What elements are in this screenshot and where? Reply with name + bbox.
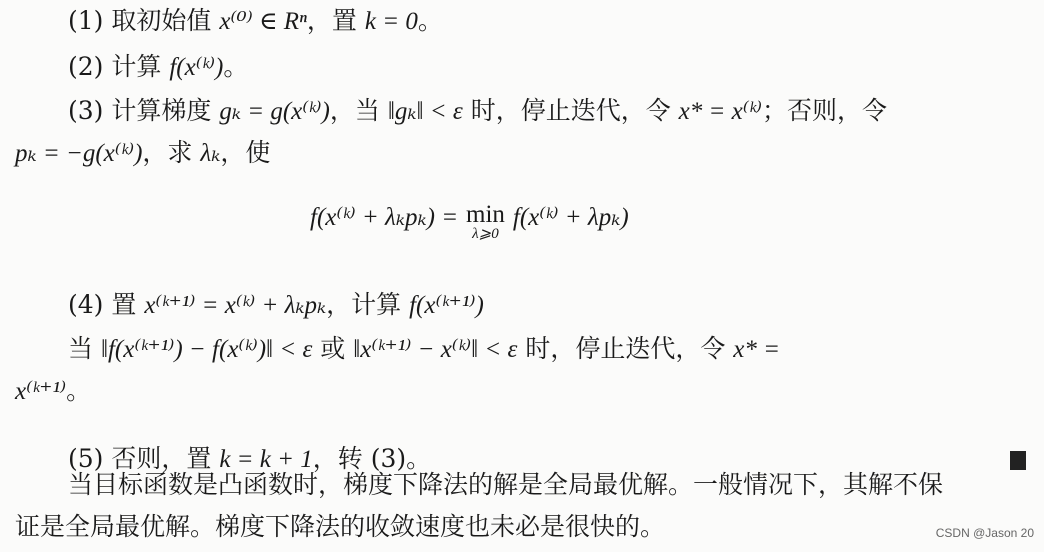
step-label: (5) 否则，置: [68, 444, 211, 473]
math-expr: ‖gₖ‖ < ε: [388, 98, 463, 125]
step-2: (2) 计算 f(x⁽ᵏ⁾)。: [68, 52, 248, 83]
text: 时，停止迭代，令: [471, 96, 671, 125]
step-4-cont: x⁽ᵏ⁺¹⁾。: [15, 376, 91, 407]
math-expr: ‖f(x⁽ᵏ⁺¹⁾) − f(x⁽ᵏ⁾)‖ < ε: [101, 336, 312, 363]
text: 时，停止迭代，令: [525, 334, 725, 363]
text: ，使: [220, 138, 270, 167]
step-label: (1) 取初始值: [68, 6, 211, 35]
math-expr: f(x⁽ᵏ⁾): [169, 54, 223, 81]
math-expr: ‖x⁽ᵏ⁺¹⁾ − x⁽ᵏ⁾‖ < ε: [353, 336, 517, 363]
math-expr: λₖ: [200, 140, 220, 167]
text: ，求: [142, 138, 192, 167]
min-label: min: [466, 201, 505, 228]
watermark: CSDN @Jason 20: [936, 526, 1034, 540]
step-label: (3) 计算梯度: [68, 96, 211, 125]
text: ，计算: [326, 290, 401, 319]
text: ，置: [307, 6, 357, 35]
equation-lhs: f(x⁽ᵏ⁾ + λₖpₖ) =: [310, 204, 458, 231]
qed-square-icon: [1010, 451, 1026, 470]
text: ，转 (3)。: [313, 444, 431, 473]
step-4: (4) 置 x⁽ᵏ⁺¹⁾ = x⁽ᵏ⁾ + λₖpₖ，计算 f(x⁽ᵏ⁺¹⁾): [68, 290, 484, 321]
display-equation: f(x⁽ᵏ⁾ + λₖpₖ) = min λ⩾0 f(x⁽ᵏ⁾ + λpₖ): [310, 202, 629, 241]
min-limit: λ⩾0: [466, 227, 505, 241]
step-3-cont: pₖ = −g(x⁽ᵏ⁾)，求 λₖ，使: [15, 138, 270, 169]
math-expr: gₖ = g(x⁽ᵏ⁾): [219, 98, 330, 125]
text: 。: [66, 376, 91, 405]
text: 或: [320, 334, 345, 363]
math-expr: x* = x⁽ᵏ⁾: [679, 98, 762, 125]
text: ，当: [330, 96, 380, 125]
text: 。: [223, 52, 248, 81]
paragraph-line-2: 证是全局最优解。梯度下降法的收敛速度也未必是很快的。: [15, 512, 665, 542]
math-expr: k = k + 1: [219, 446, 312, 473]
step-label: (2) 计算: [68, 52, 161, 81]
paragraph-line-1: 当目标函数是凸函数时，梯度下降法的解是全局最优解。一般情况下，其解不保: [68, 470, 943, 500]
min-operator: min λ⩾0: [466, 202, 505, 241]
text: 。: [418, 6, 443, 35]
math-expr: f(x⁽ᵏ⁺¹⁾): [409, 292, 484, 319]
math-expr: pₖ = −g(x⁽ᵏ⁾): [15, 140, 142, 167]
step-4-condition: 当 ‖f(x⁽ᵏ⁺¹⁾) − f(x⁽ᵏ⁾)‖ < ε 或 ‖x⁽ᵏ⁺¹⁾ − …: [68, 334, 780, 365]
text: ；否则，令: [762, 96, 887, 125]
math-expr: x⁽⁰⁾ ∈ Rⁿ: [219, 8, 307, 35]
step-label: (4) 置: [68, 290, 136, 319]
step-1: (1) 取初始值 x⁽⁰⁾ ∈ Rⁿ，置 k = 0。: [68, 6, 443, 37]
math-expr: k = 0: [365, 8, 418, 35]
equation-rhs: f(x⁽ᵏ⁾ + λpₖ): [513, 204, 629, 231]
math-expr: x* =: [733, 336, 780, 363]
text: 当: [68, 334, 93, 363]
math-expr: x⁽ᵏ⁺¹⁾ = x⁽ᵏ⁾ + λₖpₖ: [144, 292, 326, 319]
step-3: (3) 计算梯度 gₖ = g(x⁽ᵏ⁾)，当 ‖gₖ‖ < ε 时，停止迭代，…: [68, 96, 887, 127]
math-expr: x⁽ᵏ⁺¹⁾: [15, 378, 66, 405]
